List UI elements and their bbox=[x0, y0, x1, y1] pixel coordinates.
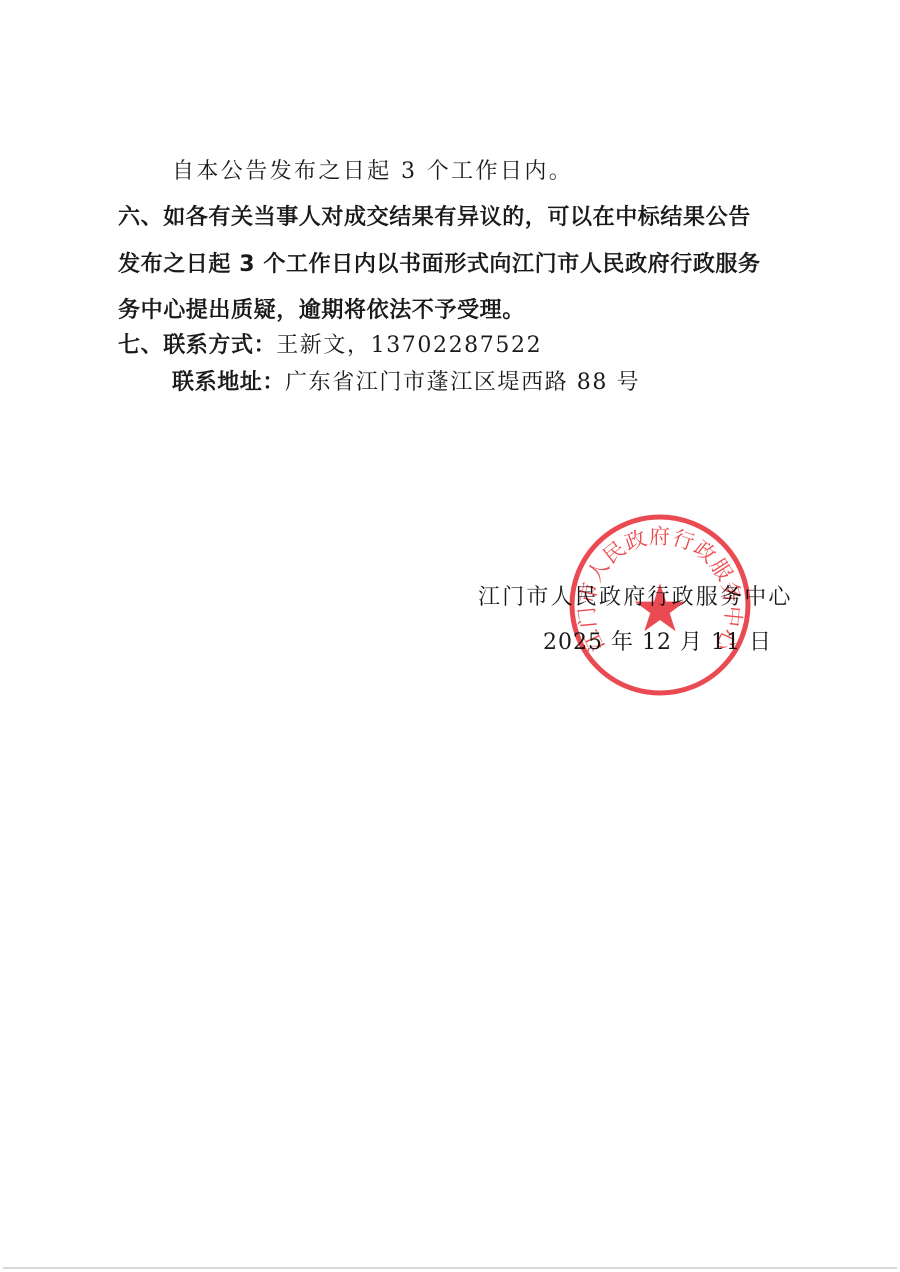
address-label: 联系地址： bbox=[172, 370, 285, 395]
page-bottom-rule bbox=[3, 1267, 897, 1269]
section-6-line-2: 发布之日起 3 个工作日内以书面形式向江门市人民政府行政服务 bbox=[118, 250, 761, 280]
contact-value: 王新文，13702287522 bbox=[276, 333, 542, 358]
address-value: 广东省江门市蓬江区堤西路 88 号 bbox=[285, 370, 640, 395]
seal-star-icon: ★ bbox=[630, 570, 689, 647]
continuation-line: 自本公告发布之日起 3 个工作日内。 bbox=[172, 157, 573, 187]
contact-label: 七、联系方式： bbox=[118, 333, 276, 358]
section-6-line-3: 务中心提出质疑，逾期将依法不予受理。 bbox=[118, 296, 525, 326]
official-seal-icon: 江门市人民政府行政服务中心 ★ bbox=[568, 513, 752, 697]
section-6-line-1: 六、如各有关当事人对成交结果有异议的，可以在中标结果公告 bbox=[118, 203, 751, 233]
contact-line: 七、联系方式：王新文，13702287522 bbox=[118, 331, 542, 361]
document-page: 自本公告发布之日起 3 个工作日内。 六、如各有关当事人对成交结果有异议的，可以… bbox=[0, 0, 900, 1272]
address-line: 联系地址：广东省江门市蓬江区堤西路 88 号 bbox=[172, 368, 640, 398]
